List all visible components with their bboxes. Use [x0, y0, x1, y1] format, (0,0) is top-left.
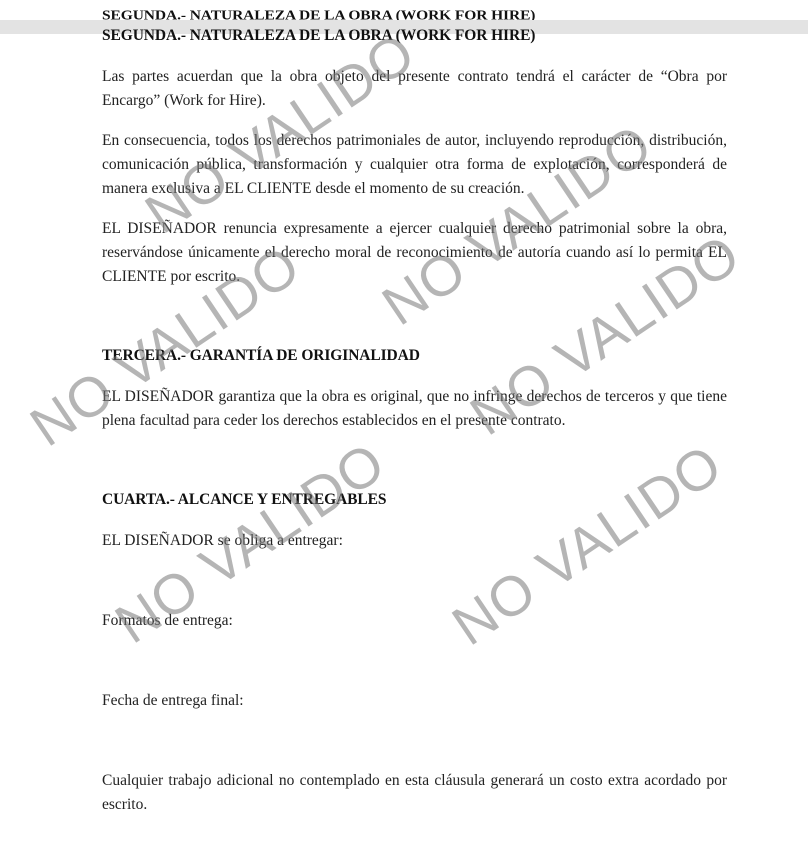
paragraph-work-for-hire: Las partes acuerdan que la obra objeto d…: [102, 65, 727, 113]
paragraph-garantia: EL DISEÑADOR garantiza que la obra es or…: [102, 385, 727, 433]
section-heading-segunda: SEGUNDA.- NATURALEZA DE LA OBRA (WORK FO…: [102, 27, 535, 45]
paragraph-formatos-entrega: Formatos de entrega:: [102, 609, 727, 633]
section-heading-tercera: TERCERA.- GARANTÍA DE ORIGINALIDAD: [102, 347, 420, 365]
paragraph-trabajo-adicional: Cualquier trabajo adicional no contempla…: [102, 769, 727, 817]
section-heading-cuarta: CUARTA.- ALCANCE Y ENTREGABLES: [102, 491, 386, 509]
paragraph-fecha-entrega: Fecha de entrega final:: [102, 689, 727, 713]
paragraph-obliga-entregar: EL DISEÑADOR se obliga a entregar:: [102, 529, 727, 553]
paragraph-derechos-patrimoniales: En consecuencia, todos los derechos patr…: [102, 129, 727, 201]
paragraph-renuncia: EL DISEÑADOR renuncia expresamente a eje…: [102, 217, 727, 289]
